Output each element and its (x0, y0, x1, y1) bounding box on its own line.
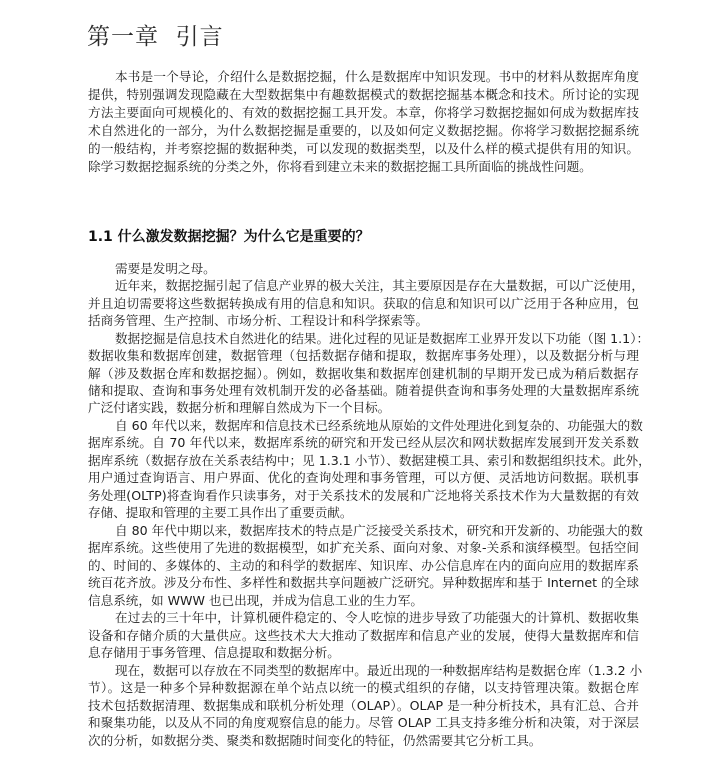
body-line: 解（涉及数据仓库和数据挖掘）。例如，数据收集和数据库创建机制的早期开发已成为稍后… (88, 365, 639, 383)
body-line: 技术包括数据清理、数据集成和联机分析处理（OLAP）。OLAP 是一种分析技术，… (88, 697, 639, 715)
body-line: 存储、提取和管理的主要工具作出了重要贡献。 (88, 504, 639, 522)
body-line: 储和提取、查询和事务处理有效机制开发的必备基础。随着提供查询和事务处理的大量数据… (88, 382, 639, 400)
chapter-title: 第一章 引言 (87, 18, 224, 51)
body-line: 在过去的三十年中，计算机硬件稳定的、令人吃惊的进步导致了功能强大的计算机、数据收… (115, 609, 639, 627)
body-line: 用户通过查询语言、用户界面、优化的查询处理和事务管理，可以方便、灵活地访问数据。… (88, 469, 639, 487)
body-line: 设备和存储介质的大量供应。这些技术大大推动了数据库和信息产业的发展，使得大量数据… (88, 627, 639, 645)
intro-line: 术自然进化的一部分，为什么数据挖掘是重要的，以及如何定义数据挖掘。你将学习数据挖… (88, 122, 639, 140)
intro-line: 的一般结构，并考察挖掘的数据种类，可以发现的数据类型，以及什么样的模式提供有用的… (88, 140, 639, 158)
body-line: 数据挖掘是信息技术自然进化的结果。进化过程的见证是数据库工业界开发以下功能（图 … (115, 330, 639, 348)
body-line: 自 60 年代以来，数据库和信息技术已经系统地从原始的文件处理进化到复杂的、功能… (115, 417, 639, 435)
body-line: 广泛付诸实践，数据分析和理解自然成为下一个目标。 (88, 399, 639, 417)
body-line: 现在，数据可以存放在不同类型的数据库中。最近出现的一种数据库结构是数据仓库（1.… (115, 662, 639, 680)
body-line: 息存储用于事务管理、信息提取和数据分析。 (88, 644, 639, 662)
body-line: 近年来，数据挖掘引起了信息产业界的极大关注，其主要原因是存在大量数据，可以广泛使… (115, 277, 639, 295)
body-line: 据库系统。这些使用了先进的数据模型，如扩充关系、面向对象、对象-关系和演绎模型。… (88, 539, 639, 557)
intro-line: 本书是一个导论，介绍什么是数据挖掘，什么是数据库中知识发现。书中的材料从数据库角… (115, 68, 639, 86)
body-line: 和聚集功能，以及从不同的角度观察信息的能力。尽管 OLAP 工具支持多维分析和决… (88, 714, 639, 732)
body-line: 并且迫切需要将这些数据转换成有用的信息和知识。获取的信息和知识可以广泛用于各种应… (88, 295, 639, 313)
body-line: 需要是发明之母。 (115, 260, 639, 278)
body-line: 次的分析，如数据分类、聚类和数据随时间变化的特征，仍然需要其它分析工具。 (88, 732, 639, 750)
body-line: 据库系统。自 70 年代以来，数据库系统的研究和开发已经从层次和网状数据库发展到… (88, 434, 639, 452)
body-line: 信息系统，如 WWW 也已出现，并成为信息工业的生力军。 (88, 592, 639, 610)
body-line: 括商务管理、生产控制、市场分析、工程设计和科学探索等。 (88, 312, 639, 330)
section-heading: 1.1 什么激发数据挖掘？为什么它是重要的？ (88, 226, 370, 246)
body-line: 的、时间的、多媒体的、主动的和科学的数据库、知识库、办公信息库在内的面向应用的数… (88, 557, 639, 575)
body-line: 务处理(OLTP)将查询看作只读事务，对于关系技术的发展和广泛地将关系技术作为大… (88, 487, 639, 505)
body-line: 据库系统（数据存放在关系表结构中；见 1.3.1 小节）、数据建模工具、索引和数… (88, 452, 639, 470)
body-line: 节）。这是一种多个异种数据源在单个站点以统一的模式组织的存储，以支持管理决策。数… (88, 679, 639, 697)
document-page: 第一章 引言 本书是一个导论，介绍什么是数据挖掘，什么是数据库中知识发现。书中的… (0, 0, 720, 760)
body-line: 自 80 年代中期以来，数据库技术的特点是广泛接受关系技术，研究和开发新的、功能… (115, 522, 639, 540)
intro-line: 除学习数据挖掘系统的分类之外，你将看到建立未来的数据挖掘工具所面临的挑战性问题。 (88, 158, 639, 176)
body-line: 统百花齐放。涉及分布性、多样性和数据共享问题被广泛研究。异种数据库和基于 Int… (88, 574, 639, 592)
intro-line: 提供，特别强调发现隐藏在大型数据集中有趣数据模式的数据挖掘基本概念和技术。所讨论… (88, 86, 639, 104)
body-line: 数据收集和数据库创建，数据管理（包括数据存储和提取，数据库事务处理），以及数据分… (88, 347, 639, 365)
intro-line: 方法主要面向可规模化的、有效的数据挖掘工具开发。本章，你将学习数据挖掘如何成为数… (88, 104, 639, 122)
